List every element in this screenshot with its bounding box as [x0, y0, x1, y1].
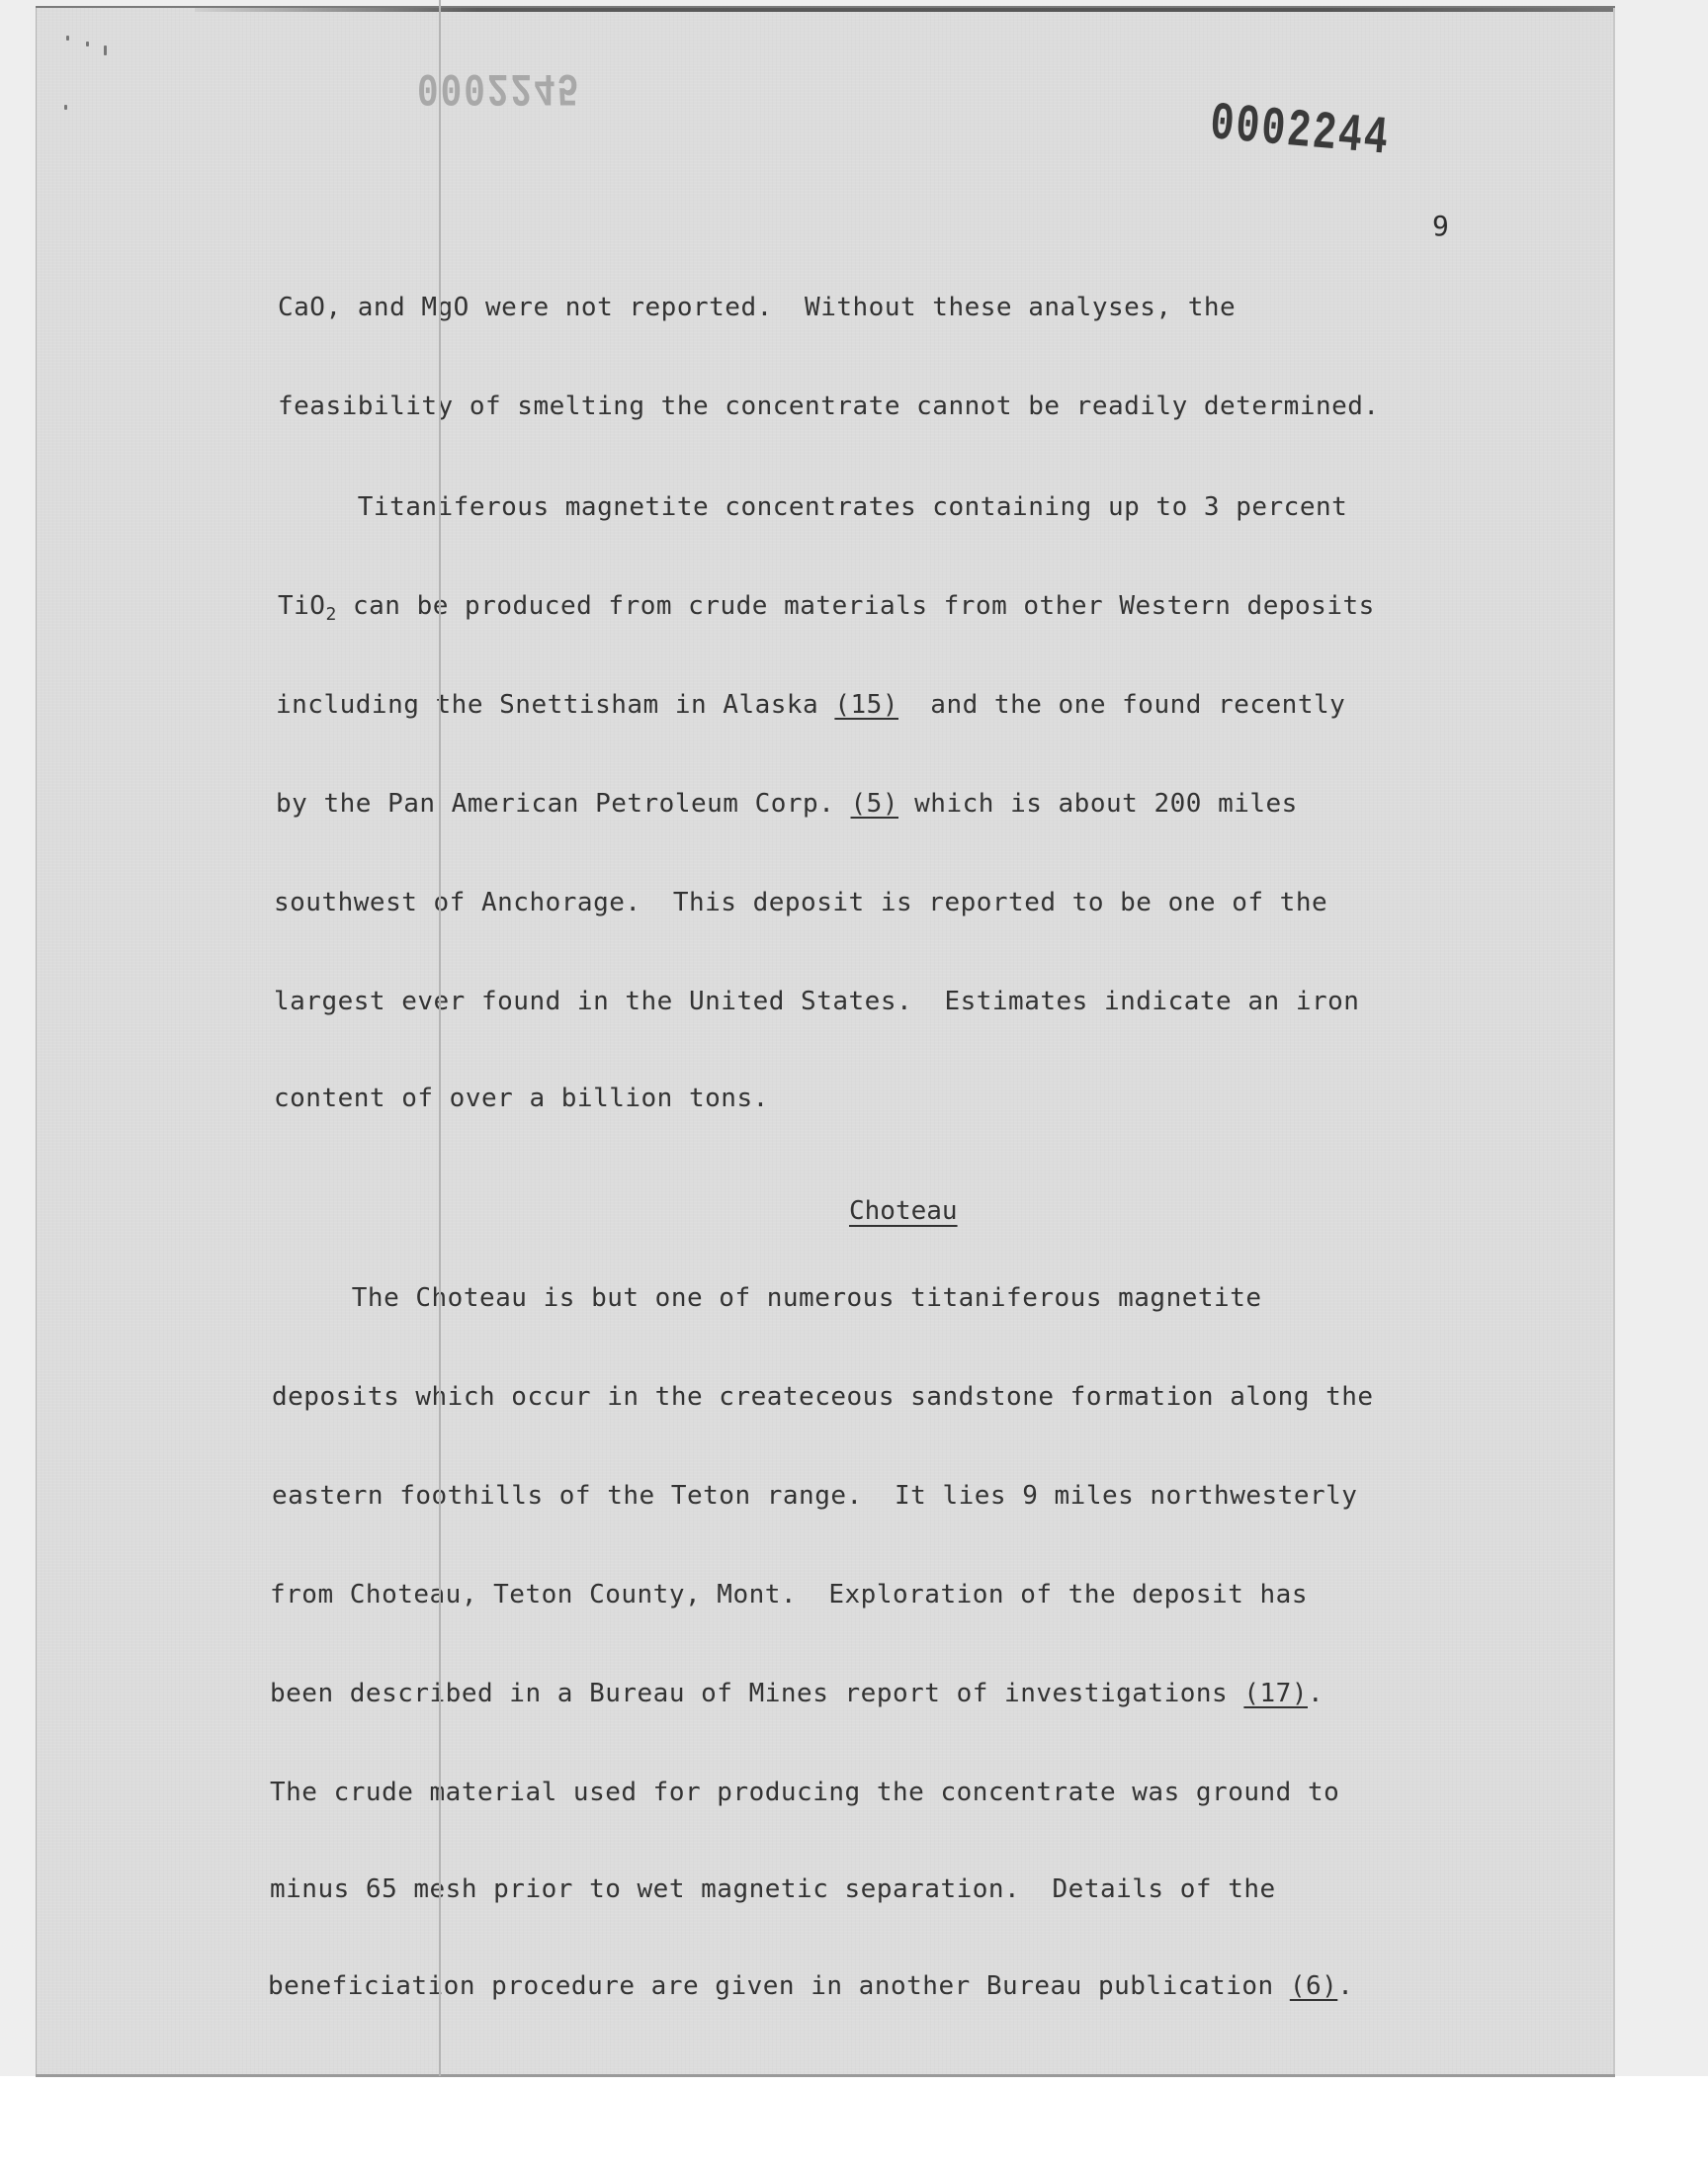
text-line: deposits which occur in the createceous …	[272, 1382, 1374, 1412]
scanned-page: 0002245 0002244 9 CaO, and MgO were not …	[36, 8, 1615, 2074]
text-line: CaO, and MgO were not reported. Without …	[278, 293, 1236, 322]
text-span: and the one found recently	[898, 690, 1345, 720]
subscript: 2	[325, 604, 336, 625]
text-line: The crude material used for producing th…	[270, 1778, 1339, 1807]
section-heading: Choteau	[849, 1196, 958, 1226]
text-span: can be produced from crude materials fro…	[337, 591, 1375, 621]
stamp-number: 0002244	[1208, 95, 1393, 170]
text-span: beneficiation procedure are given in ano…	[268, 1971, 1290, 2001]
text-line: from Choteau, Teton County, Mont. Explor…	[270, 1580, 1308, 1609]
text-line: largest ever found in the United States.…	[274, 987, 1359, 1016]
text-line: been described in a Bureau of Mines repo…	[270, 1679, 1324, 1708]
text-span: including the Snettisham in Alaska	[276, 690, 834, 720]
reference-citation: (15)	[834, 690, 898, 720]
text-line: TiO2 can be produced from crude material…	[278, 591, 1375, 625]
scan-speck	[104, 45, 107, 55]
text-span: .	[1337, 1971, 1353, 2001]
scan-speck	[66, 36, 69, 41]
text-line: including the Snettisham in Alaska (15) …	[276, 690, 1345, 720]
reference-citation: (17)	[1243, 1679, 1308, 1708]
text-line: The Choteau is but one of numerous titan…	[272, 1283, 1262, 1313]
page-top-edge	[195, 8, 1613, 12]
chemical-formula: TiO	[278, 591, 325, 621]
text-span: .	[1308, 1679, 1324, 1708]
text-line: beneficiation procedure are given in ano…	[268, 1971, 1353, 2001]
text-span: by the Pan American Petroleum Corp.	[276, 789, 851, 819]
text-line: eastern foothills of the Teton range. It…	[272, 1481, 1357, 1511]
text-line: content of over a billion tons.	[274, 1084, 769, 1113]
bleed-through-stamp-number: 0002245	[417, 61, 580, 114]
text-span: been described in a Bureau of Mines repo…	[270, 1679, 1243, 1708]
page-number: 9	[1432, 210, 1449, 242]
text-span: which is about 200 miles	[898, 789, 1298, 819]
text-line: by the Pan American Petroleum Corp. (5) …	[276, 789, 1298, 819]
text-line: minus 65 mesh prior to wet magnetic sepa…	[270, 1874, 1276, 1904]
text-line: southwest of Anchorage. This deposit is …	[274, 888, 1327, 917]
text-line: feasibility of smelting the concentrate …	[278, 391, 1380, 421]
scan-speck	[64, 105, 67, 110]
reference-citation: (6)	[1290, 1971, 1337, 2001]
reference-citation: (5)	[851, 789, 898, 819]
scan-speck	[86, 42, 89, 46]
scan-background: 0002245 0002244 9 CaO, and MgO were not …	[0, 0, 1708, 2076]
scan-fold-line	[439, 0, 441, 2076]
